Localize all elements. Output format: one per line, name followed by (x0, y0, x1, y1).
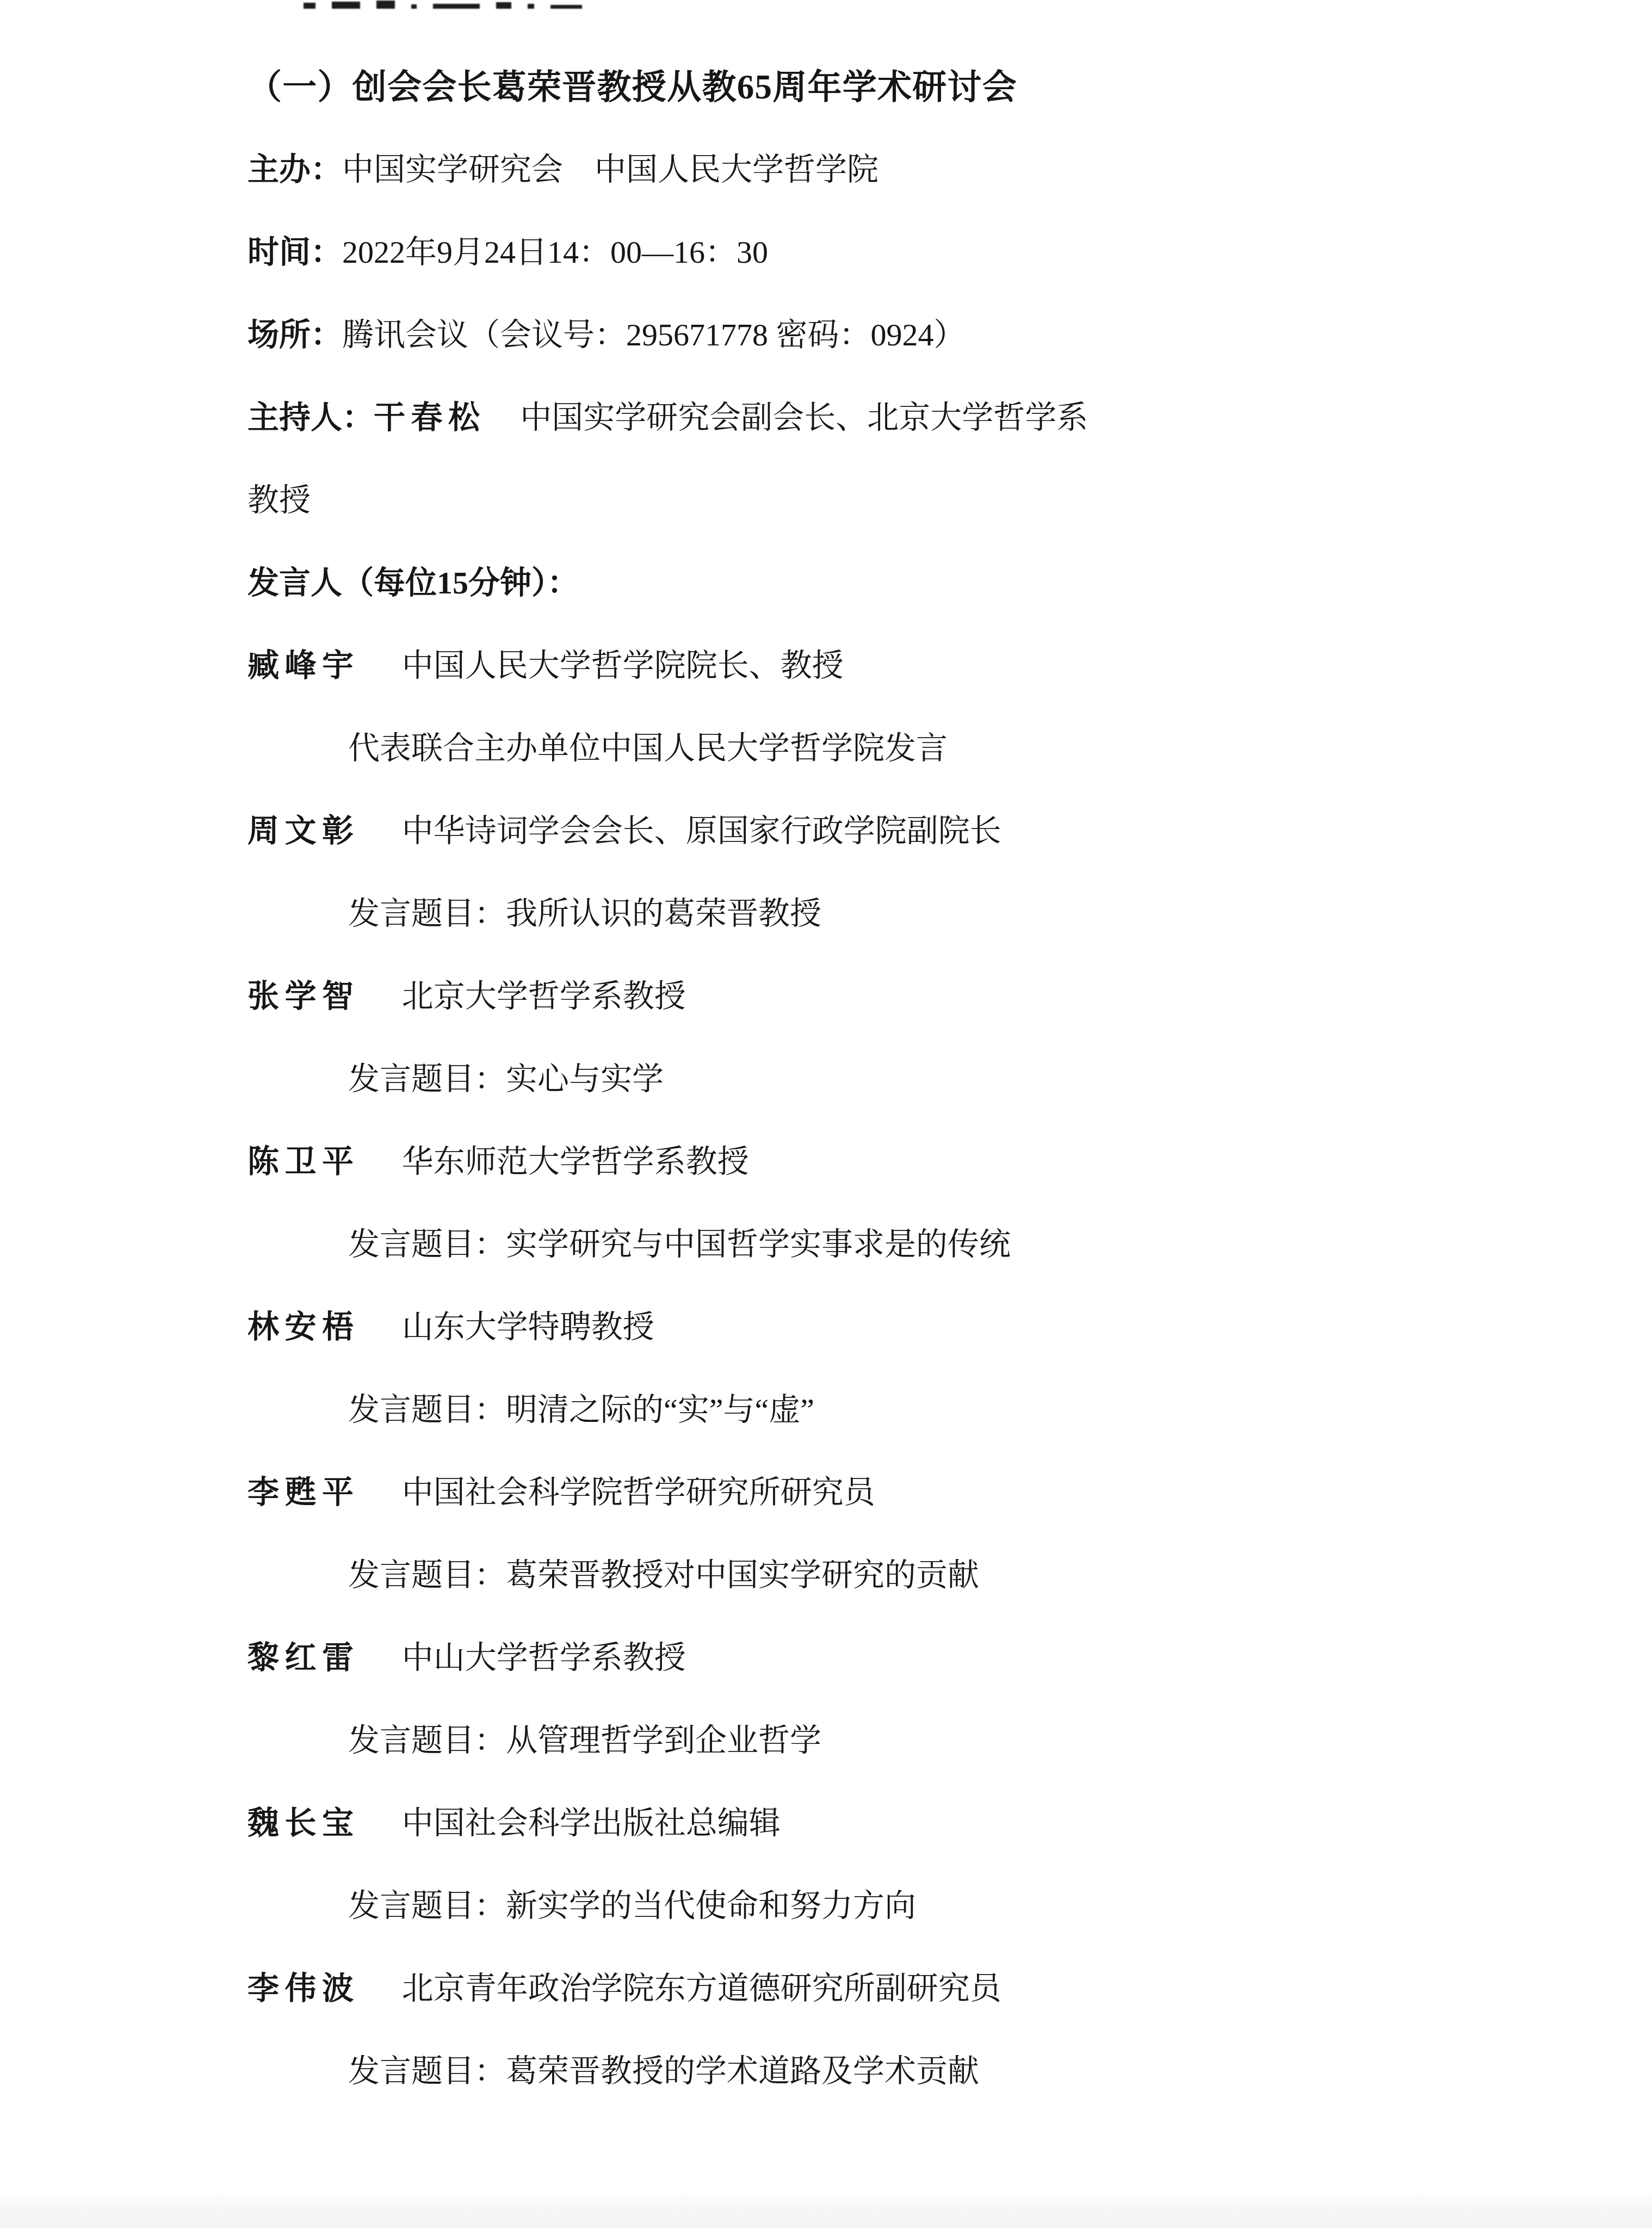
speaker-affiliation: 中国社会科学出版社总编辑 (402, 1808, 781, 1839)
host-label: 主持人： (248, 402, 374, 434)
speaker-affiliation: 中华诗词学会会长、原国家行政学院副院长 (402, 815, 1001, 847)
speaker-row: 黎红雷 中山大学哲学系教授 (248, 1617, 1619, 1699)
document-content: （一）创会会长葛荣晋教授从教65周年学术研讨会 主办： 中国实学研究会 中国人民… (0, 0, 1652, 2113)
speaker-affiliation: 山东大学特聘教授 (402, 1311, 654, 1343)
speaker-note-row: 发言题目：葛荣晋教授的学术道路及学术贡献 (248, 2030, 1619, 2113)
info-row-venue: 场所： 腾讯会议（会议号：295671778 密码：0924） (248, 294, 1619, 376)
speaker-topic: 发言题目：新实学的当代使命和努力方向 (348, 1890, 916, 1922)
speaker-affiliation: 中国社会科学院哲学研究所研究员 (402, 1477, 875, 1508)
speaker-topic: 发言题目：实心与实学 (348, 1063, 664, 1095)
speaker-affiliation: 华东师范大学哲学系教授 (402, 1146, 749, 1178)
speaker-name: 李伟波 (248, 1973, 359, 2004)
speaker-row: 李伟波 北京青年政治学院东方道德研究所副研究员 (248, 1947, 1619, 2030)
document-page: （一）创会会长葛荣晋教授从教65周年学术研讨会 主办： 中国实学研究会 中国人民… (0, 0, 1652, 2228)
speaker-topic: 发言题目：葛荣晋教授对中国实学研究的贡献 (348, 1559, 979, 1591)
speaker-note-row: 发言题目：明清之际的“实”与“虚” (248, 1369, 1619, 1451)
speaker-affiliation: 北京大学哲学系教授 (402, 981, 686, 1012)
speaker-row: 臧峰宇 中国人民大学哲学院院长、教授 (248, 624, 1619, 707)
speaker-name: 周文彰 (248, 815, 359, 847)
speaker-row: 魏长宝 中国社会科学出版社总编辑 (248, 1782, 1619, 1865)
host-affiliation: 中国实学研究会副会长、北京大学哲学系 (520, 402, 1088, 434)
speaker-affiliation: 北京青年政治学院东方道德研究所副研究员 (402, 1973, 1001, 2004)
time-value: 2022年9月24日14：00—16：30 (342, 237, 768, 268)
speaker-affiliation: 中国人民大学哲学院院长、教授 (402, 650, 844, 682)
organizer-value: 中国实学研究会 中国人民大学哲学院 (342, 154, 878, 185)
speaker-note-row: 代表联合主办单位中国人民大学哲学院发言 (248, 707, 1619, 790)
host-row: 主持人： 干春松 中国实学研究会副会长、北京大学哲学系 (248, 376, 1619, 459)
speaker-row: 李甦平 中国社会科学院哲学研究所研究员 (248, 1451, 1619, 1534)
speaker-name: 张学智 (248, 981, 359, 1012)
speaker-row: 林安梧 山东大学特聘教授 (248, 1286, 1619, 1369)
venue-label: 场所： (248, 319, 342, 351)
speaker-name: 臧峰宇 (248, 650, 359, 682)
speaker-note: 代表联合主办单位中国人民大学哲学院发言 (348, 733, 948, 764)
speaker-row: 陈卫平 华东师范大学哲学系教授 (248, 1121, 1619, 1203)
speaker-note-row: 发言题目：实心与实学 (248, 1038, 1619, 1121)
time-label: 时间： (248, 237, 342, 268)
speakers-heading: 发言人（每位15分钟）： (248, 542, 1619, 624)
speaker-topic: 发言题目：实学研究与中国哲学实事求是的传统 (348, 1229, 1011, 1260)
venue-value: 腾讯会议（会议号：295671778 密码：0924） (342, 319, 966, 351)
speaker-name: 黎红雷 (248, 1642, 359, 1674)
speaker-note-row: 发言题目：新实学的当代使命和努力方向 (248, 1865, 1619, 1947)
cutoff-text-fragments (304, 0, 582, 9)
speaker-affiliation: 中山大学哲学系教授 (402, 1642, 686, 1674)
host-affiliation-continuation: 教授 (248, 459, 1619, 542)
speaker-topic: 发言题目：从管理哲学到企业哲学 (348, 1725, 821, 1756)
speaker-name: 林安梧 (248, 1311, 359, 1343)
speaker-row: 周文彰 中华诗词学会会长、原国家行政学院副院长 (248, 790, 1619, 872)
speaker-name: 李甦平 (248, 1477, 359, 1508)
speaker-note-row: 发言题目：我所认识的葛荣晋教授 (248, 872, 1619, 955)
info-row-organizer: 主办： 中国实学研究会 中国人民大学哲学院 (248, 128, 1619, 211)
speaker-note-row: 发言题目：从管理哲学到企业哲学 (248, 1699, 1619, 1782)
host-name: 干春松 (374, 402, 485, 434)
organizer-label: 主办： (248, 154, 342, 185)
page-bottom-shade (0, 2189, 1652, 2228)
speaker-row: 张学智 北京大学哲学系教授 (248, 955, 1619, 1038)
speaker-note-row: 发言题目：实学研究与中国哲学实事求是的传统 (248, 1203, 1619, 1286)
section-heading: （一）创会会长葛荣晋教授从教65周年学术研讨会 (248, 46, 1619, 128)
speaker-topic: 发言题目：我所认识的葛荣晋教授 (348, 898, 821, 930)
speaker-name: 魏长宝 (248, 1808, 359, 1839)
speaker-topic: 发言题目：葛荣晋教授的学术道路及学术贡献 (348, 2056, 979, 2087)
info-row-time: 时间： 2022年9月24日14：00—16：30 (248, 211, 1619, 294)
speaker-note-row: 发言题目：葛荣晋教授对中国实学研究的贡献 (248, 1534, 1619, 1617)
speaker-name: 陈卫平 (248, 1146, 359, 1178)
speaker-topic: 发言题目：明清之际的“实”与“虚” (348, 1394, 814, 1426)
